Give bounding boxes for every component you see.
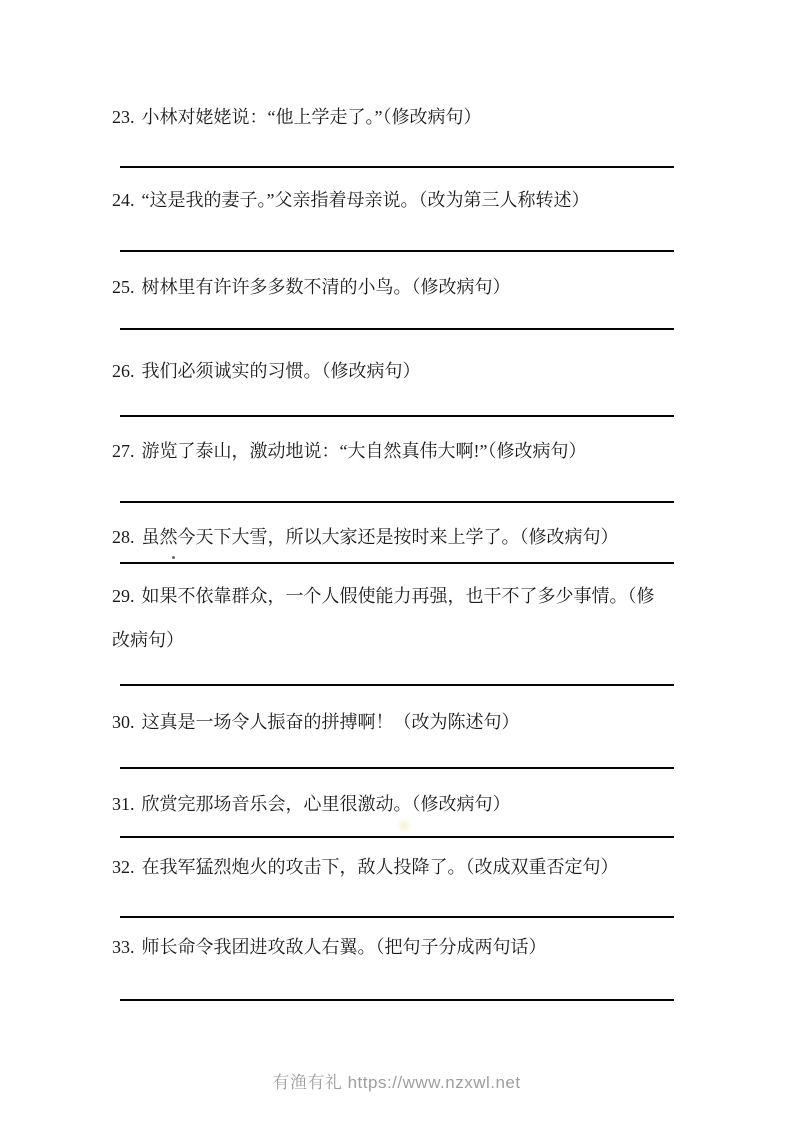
item-number: 28. [112,524,135,550]
answer-line [120,684,674,686]
item-text: 改病句） [112,630,184,650]
item-text: 树林里有许许多多数不清的小鸟。（修改病句） [142,277,511,297]
item-number: 31. [112,791,135,817]
exercise-item-29: 29.如果不依靠群众，一个人假使能力再强，也干不了多少事情。（修 [112,583,712,609]
item-number: 27. [112,438,135,464]
exercise-item-30: 30.这真是一场令人振奋的拼搏啊！（改为陈述句） [112,709,712,735]
exercise-item-25: 25.树林里有许许多多数不清的小鸟。（修改病句） [112,274,712,300]
answer-line [120,501,674,503]
item-number: 25. [112,274,135,300]
answer-line [120,250,674,252]
item-text: 我们必须诚实的习惯。（修改病句） [142,361,421,381]
answer-line [120,999,674,1001]
exercise-item-29-continued: 改病句） [112,627,712,653]
answer-line [120,328,674,330]
item-number: 24. [112,187,135,213]
exercise-item-27: 27.游览了泰山，激动地说：“大自然真伟大啊!”（修改病句） [112,438,712,464]
item-number: 30. [112,709,135,735]
item-number: 29. [112,583,135,609]
item-text: “这是我的妻子。”父亲指着母亲说。（改为第三人称转述） [142,190,590,210]
exercise-item-33: 33.师长命令我团进攻敌人右翼。（把句子分成两句话） [112,934,712,960]
item-text: 如果不依靠群众，一个人假使能力再强，也干不了多少事情。（修 [142,586,655,606]
answer-line [120,562,674,564]
answer-line [120,415,674,417]
answer-line [120,836,674,838]
answer-line [120,767,674,769]
exercise-item-26: 26.我们必须诚实的习惯。（修改病句） [112,358,712,384]
item-text: 在我军猛烈炮火的攻击下，敌人投降了。（改成双重否定句） [142,857,619,877]
item-text: 虽然今天下大雪，所以大家还是按时来上学了。（修改病句） [142,527,619,547]
item-number: 23. [112,104,135,130]
exercise-item-32: 32.在我军猛烈炮火的攻击下，敌人投降了。（改成双重否定句） [112,854,712,880]
item-text: 师长命令我团进攻敌人右翼。（把句子分成两句话） [142,937,547,957]
exercise-item-24: 24.“这是我的妻子。”父亲指着母亲说。（改为第三人称转述） [112,187,712,213]
exercise-item-28: 28.虽然今天下大雪，所以大家还是按时来上学了。（修改病句） [112,524,712,550]
exercise-item-23: 23.小林对姥姥说：“他上学走了。”（修改病句） [112,104,712,130]
item-text: 欣赏完那场音乐会，心里很激动。（修改病句） [142,794,511,814]
item-number: 26. [112,358,135,384]
item-text: 游览了泰山，激动地说：“大自然真伟大啊!”（修改病句） [142,441,587,461]
exercise-item-31: 31.欣赏完那场音乐会，心里很激动。（修改病句） [112,791,712,817]
item-text: 小林对姥姥说：“他上学走了。”（修改病句） [142,107,482,127]
answer-line [120,916,674,918]
item-text: 这真是一场令人振奋的拼搏啊！（改为陈述句） [142,712,520,732]
item-number: 33. [112,934,135,960]
watermark-text: 有渔有礼 https://www.nzxwl.net [0,1068,793,1093]
item-number: 32. [112,854,135,880]
worksheet-page: 23.小林对姥姥说：“他上学走了。”（修改病句） 24.“这是我的妻子。”父亲指… [0,0,793,1122]
stain-artifact [396,818,412,834]
stray-dot-artifact [172,556,175,559]
answer-line [120,166,674,168]
